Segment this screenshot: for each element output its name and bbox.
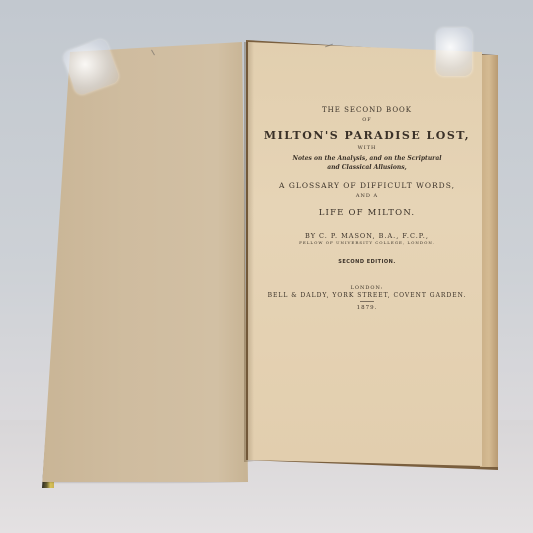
gutter-shadow: [244, 42, 254, 462]
book-number: THE SECOND BOOK: [262, 106, 472, 114]
with-label: WITH: [262, 145, 472, 151]
glossary-line: A GLOSSARY OF DIFFICULT WORDS,: [262, 181, 472, 190]
title-page-text: THE SECOND BOOK OF MILTON'S PARADISE LOS…: [262, 100, 472, 311]
of-label: OF: [262, 117, 472, 123]
life-line: LIFE OF MILTON.: [262, 208, 472, 218]
book-photo: THE SECOND BOOK OF MILTON'S PARADISE LOS…: [0, 0, 533, 533]
divider-rule: [360, 301, 374, 302]
left-endpaper: [42, 42, 248, 482]
book-title: MILTON'S PARADISE LOST,: [262, 129, 472, 142]
publisher-line: BELL & DALDY, YORK STREET, COVENT GARDEN…: [262, 292, 472, 299]
edition-label: SECOND EDITION.: [262, 259, 472, 265]
and-a-label: AND A: [262, 193, 472, 199]
year-line: 1879.: [262, 305, 472, 311]
author-affiliation: FELLOW OF UNIVERSITY COLLEGE, LONDON.: [262, 240, 472, 245]
notes-line-1: Notes on the Analysis, and on the Script…: [262, 154, 472, 163]
place-line: LONDON:: [262, 285, 472, 291]
page-fore-edge: [480, 55, 498, 467]
notes-line-2: and Classical Allusions,: [262, 163, 472, 172]
author-line: BY C. P. MASON, B.A., F.C.P.,: [262, 232, 472, 240]
plastic-clip-right: [436, 28, 472, 76]
